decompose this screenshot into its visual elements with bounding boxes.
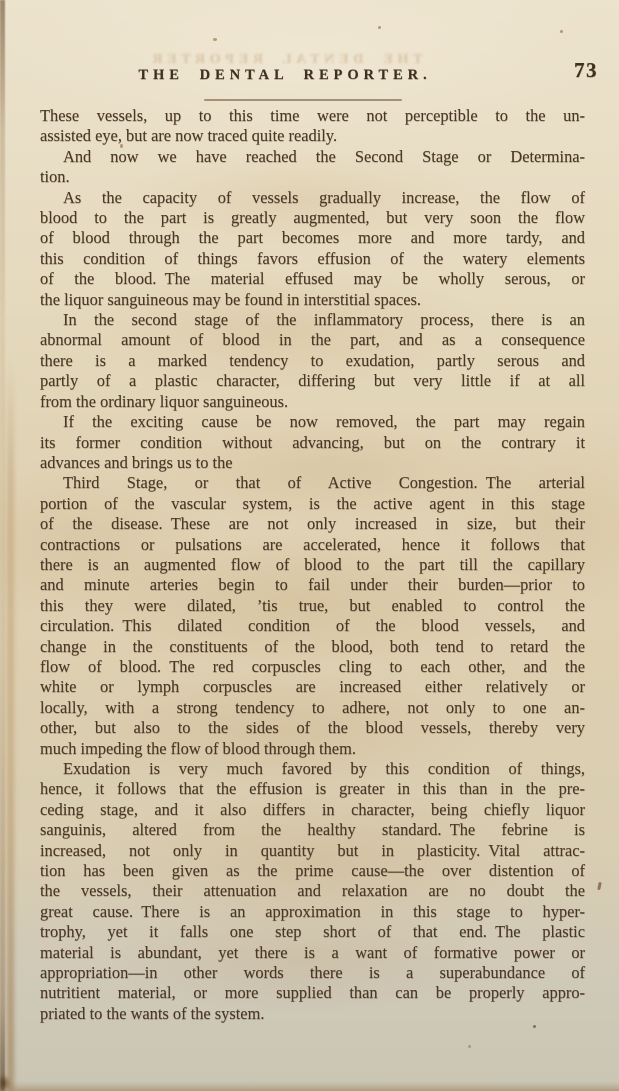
- text-line: this they were dilated, ’tis true, but e…: [40, 596, 585, 616]
- page-bottom-edge-shadow: [0, 1081, 619, 1091]
- text-line: trophy, yet it falls one step short of t…: [40, 922, 585, 942]
- text-line: of the blood. The material effused may b…: [40, 269, 585, 289]
- text-line: the vessels, their attenuation and relax…: [40, 881, 585, 901]
- scanned-page: THE DENTAL REPORTER THE DENTAL REPORTER.…: [0, 0, 619, 1091]
- running-title: THE DENTAL REPORTER.: [138, 67, 431, 84]
- page-crease: [7, 360, 14, 1091]
- text-line: appropriation—in other words there is a …: [40, 963, 585, 983]
- text-line: blood to the part is greatly augmented, …: [40, 208, 585, 228]
- paper-speck: [560, 30, 563, 33]
- corner-stain: [0, 1074, 11, 1089]
- text-line: there is an augmented flow of blood to t…: [40, 555, 585, 575]
- text-line: the liquor sanguineous may be found in i…: [40, 290, 585, 310]
- text-line: tion has been given as the prime cause—t…: [40, 861, 585, 881]
- text-line: change in the constituents of the blood,…: [40, 637, 585, 657]
- text-line: portion of the vascular system, is the a…: [40, 494, 585, 514]
- text-line: material is abundant, yet there is a wan…: [40, 943, 585, 963]
- text-line: locally, with a strong tendency to adher…: [40, 698, 585, 718]
- text-line: other, but also to the sides of the bloo…: [40, 718, 585, 738]
- text-line: advances and brings us to the: [40, 453, 585, 473]
- text-block: These vessels, up to this time were not …: [40, 106, 585, 1024]
- stray-ink-mark: [597, 882, 602, 890]
- text-line: great cause. There is an approximation i…: [40, 902, 585, 922]
- text-line: this condition of things favors effusion…: [40, 249, 585, 269]
- text-line: Third Stage, or that of Active Congestio…: [40, 473, 585, 493]
- ghost-showthrough-title: THE DENTAL REPORTER: [148, 52, 423, 68]
- text-line: from the ordinary liquor sanguineous.: [40, 392, 585, 412]
- text-line: much impeding the flow of blood through …: [40, 739, 585, 759]
- text-line: abnormal amount of blood in the part, an…: [40, 330, 585, 350]
- text-line: its former condition without advancing, …: [40, 433, 585, 453]
- paper-speck: [120, 144, 123, 148]
- text-line: tion.: [40, 167, 585, 187]
- text-line: there is a marked tendency to exudation,…: [40, 351, 585, 371]
- text-line: ceding stage, and it also differs in cha…: [40, 800, 585, 820]
- paper-speck: [533, 1025, 536, 1028]
- text-line: nutritient material, or more supplied th…: [40, 983, 585, 1003]
- text-line: partly of a plastic character, differing…: [40, 371, 585, 391]
- text-line: of blood through the part becomes more a…: [40, 228, 585, 248]
- text-line: white or lymph corpuscles are increased …: [40, 677, 585, 697]
- page-left-edge-shadow: [0, 0, 5, 1091]
- text-line: priated to the wants of the system.: [40, 1004, 585, 1024]
- text-line: of the disease. These are not only incre…: [40, 514, 585, 534]
- text-line: contractions or pulsations are accelerat…: [40, 535, 585, 555]
- text-line: These vessels, up to this time were not …: [40, 106, 585, 126]
- text-line: And now we have reached the Second Stage…: [40, 147, 585, 167]
- header-divider-rule: [204, 99, 402, 101]
- text-line: As the capacity of vessels gradually inc…: [40, 188, 585, 208]
- paper-speck: [378, 26, 381, 29]
- text-line: sanguinis, altered from the healthy stan…: [40, 820, 585, 840]
- text-line: hence, it follows that the effusion is g…: [40, 779, 585, 799]
- paper-speck: [213, 38, 217, 41]
- text-line: In the second stage of the inflammatory …: [40, 310, 585, 330]
- text-line: and minute arteries begin to fail under …: [40, 575, 585, 595]
- paper-speck: [468, 1045, 471, 1048]
- text-line: If the exciting cause be now removed, th…: [40, 412, 585, 432]
- text-line: Exudation is very much favored by this c…: [40, 759, 585, 779]
- text-line: flow of blood. The red corpuscles cling …: [40, 657, 585, 677]
- page-number: 73: [574, 58, 598, 83]
- text-line: circulation. This dilated condition of t…: [40, 616, 585, 636]
- text-line: increased, not only in quantity but in p…: [40, 841, 585, 861]
